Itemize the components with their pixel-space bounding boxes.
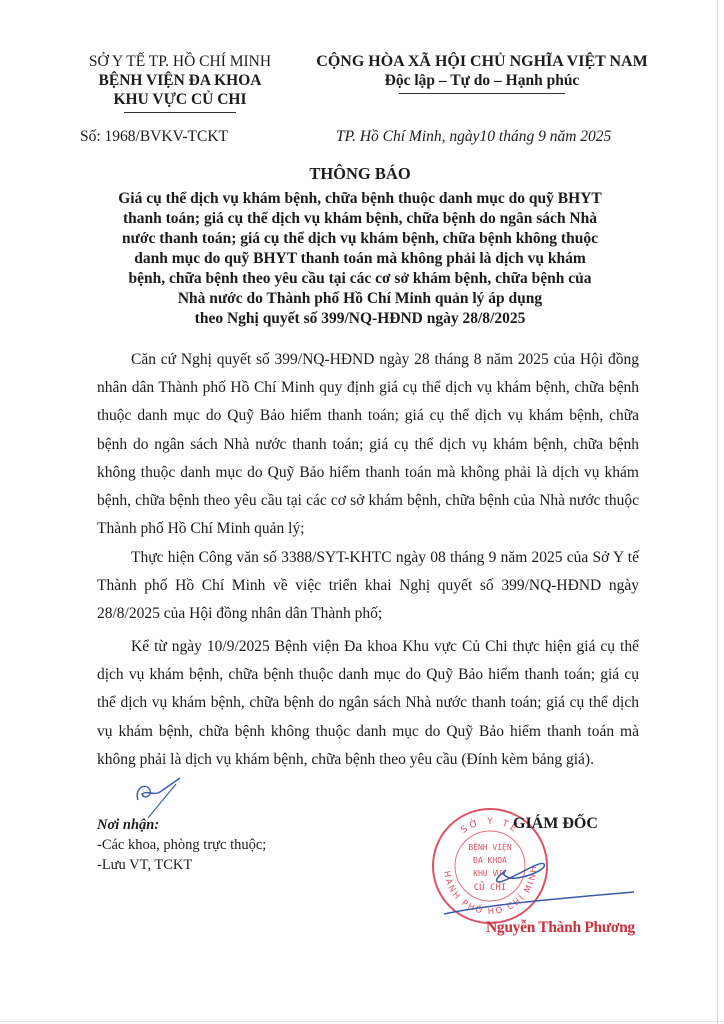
- issuing-agency-block: SỞ Y TẾ TP. HỒ CHÍ MINH BỆNH VIỆN ĐA KHO…: [60, 52, 300, 113]
- document-subject: Giá cụ thể dịch vụ khám bệnh, chữa bệnh …: [84, 189, 636, 329]
- signatory-title: GIÁM ĐỐC: [513, 815, 598, 833]
- motto-underline: [399, 93, 565, 94]
- handwritten-signature-icon: [440, 856, 640, 926]
- page-edge-bottom: [0, 1021, 724, 1022]
- national-motto: Độc lập – Tự do – Hạnh phúc: [312, 71, 652, 90]
- parent-agency: SỞ Y TẾ TP. HỒ CHÍ MINH: [60, 52, 300, 71]
- subject-line: bệnh, chữa bệnh theo yêu cầu tại các cơ …: [84, 269, 636, 289]
- recipients-block: Nơi nhận: -Các khoa, phòng trực thuộc; -…: [97, 815, 266, 875]
- document-page: SỞ Y TẾ TP. HỒ CHÍ MINH BỆNH VIỆN ĐA KHO…: [0, 0, 724, 1024]
- signatory-name: Nguyễn Thành Phương: [486, 919, 635, 937]
- subject-line: danh mục do quỹ BHYT thanh toán mà không…: [84, 249, 636, 269]
- subject-line: thanh toán; giá cụ thể dịch vụ khám bệnh…: [84, 209, 636, 229]
- national-title: CỘNG HÒA XÃ HỘI CHỦ NGHĨA VIỆT NAM: [312, 52, 652, 71]
- paragraph-legal-basis: Căn cứ Nghị quyết số 399/NQ-HĐND ngày 28…: [97, 346, 639, 543]
- place-and-date: TP. Hồ Chí Minh, ngày10 tháng 9 năm 2025: [336, 128, 636, 146]
- subject-line: nước thanh toán; giá cụ thể dịch vụ khám…: [84, 229, 636, 249]
- recipient-item: -Lưu VT, TCKT: [97, 855, 266, 875]
- hospital-name-line2: KHU VỰC CỦ CHI: [60, 90, 300, 109]
- national-header-block: CỘNG HÒA XÃ HỘI CHỦ NGHĨA VIỆT NAM Độc l…: [312, 52, 652, 94]
- recipient-item: -Các khoa, phòng trực thuộc;: [97, 835, 266, 855]
- svg-text:BỆNH VIỆN: BỆNH VIỆN: [468, 842, 512, 852]
- paragraph-implementation: Thực hiện Công văn số 3388/SYT-KHTC ngày…: [97, 544, 639, 629]
- page-edge-right: [717, 0, 718, 1024]
- paragraph-effective-date: Kể từ ngày 10/9/2025 Bệnh viện Đa khoa K…: [97, 633, 639, 774]
- initials-signature-icon: [130, 770, 210, 820]
- subject-line: Giá cụ thể dịch vụ khám bệnh, chữa bệnh …: [84, 189, 636, 209]
- hospital-name-line1: BỆNH VIỆN ĐA KHOA: [60, 71, 300, 90]
- subject-line: Nhà nước do Thành phố Hồ Chí Minh quản l…: [84, 289, 636, 309]
- recipients-label: Nơi nhận:: [97, 815, 266, 835]
- document-title: THÔNG BÁO: [80, 164, 640, 184]
- subject-line: theo Nghị quyết số 399/NQ-HĐND ngày 28/8…: [84, 309, 636, 329]
- document-number: Số: 1968/BVKV-TCKT: [80, 128, 228, 146]
- agency-underline: [124, 112, 236, 113]
